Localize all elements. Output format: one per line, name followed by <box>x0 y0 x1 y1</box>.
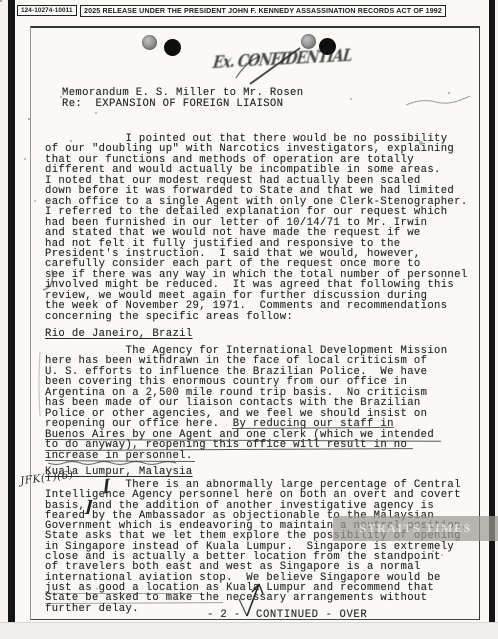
release-banner-label: 2025 RELEASE UNDER THE PRESIDENT JOHN F.… <box>80 5 446 17</box>
watermark-band: Straits Times <box>333 516 498 541</box>
hole-punch-icon <box>164 39 181 56</box>
intro-paragraph: I pointed out that there would be no pos… <box>45 134 468 322</box>
page-number: - 2 - <box>207 609 241 621</box>
scan-bottom-strip <box>0 622 498 639</box>
hole-punch-icon <box>142 35 157 50</box>
hole-punch-icon <box>301 34 316 49</box>
scan-noise-specks <box>0 0 2 2</box>
scan-edge-bar-left <box>8 0 15 622</box>
handwritten-bracket-close: ] <box>85 497 94 516</box>
section-heading-rio: Rio de Janeiro, Brazil <box>45 328 193 340</box>
record-number-label: 124-10274-10011 <box>17 5 77 16</box>
rio-paragraph: The Agency for International Development… <box>45 346 447 461</box>
handwritten-bracket-open: [ <box>102 476 111 495</box>
memo-heading: Memorandum E. S. Miller to Mr. Rosen Re:… <box>62 88 303 109</box>
continued-over-label: CONTINUED - OVER <box>256 609 367 621</box>
pencil-underline <box>45 593 202 594</box>
